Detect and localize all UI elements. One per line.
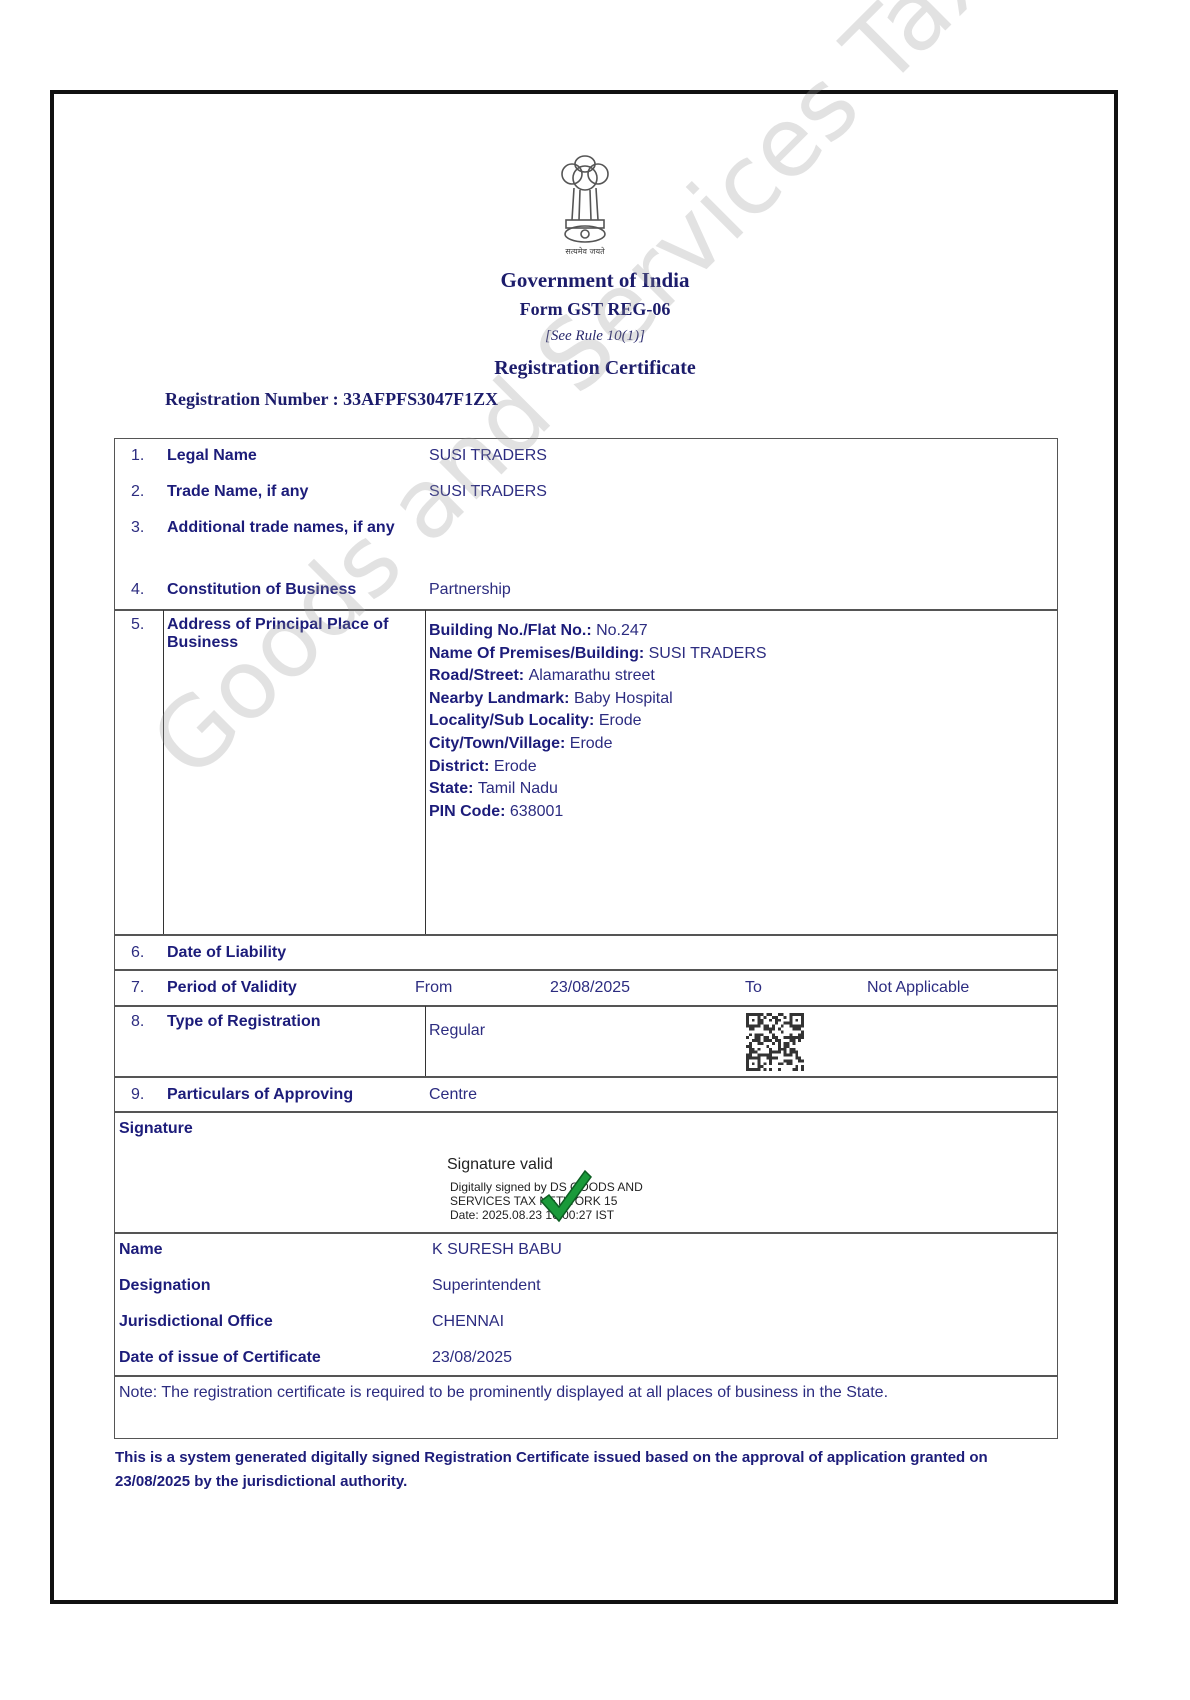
address-locality: Locality/Sub Locality: Erode bbox=[429, 710, 767, 733]
address-city: City/Town/Village: Erode bbox=[429, 733, 767, 756]
validity-label: Period of Validity bbox=[167, 979, 297, 997]
address-pin: PIN Code: 638001 bbox=[429, 801, 767, 824]
jurisdictional-office: CHENNAI bbox=[432, 1313, 504, 1331]
approving-label: Particulars of Approving bbox=[167, 1086, 353, 1104]
constitution-label: Constitution of Business bbox=[167, 581, 356, 599]
officer-name: K SURESH BABU bbox=[432, 1241, 562, 1259]
national-emblem-icon: सत्यमेव जयते bbox=[552, 150, 618, 258]
address-district: District: Erode bbox=[429, 756, 767, 779]
registration-type-row: 8. Type of Registration Regular bbox=[114, 1005, 1058, 1078]
address-state: State: Tamil Nadu bbox=[429, 778, 767, 801]
svg-text:सत्यमेव जयते: सत्यमेव जयते bbox=[565, 246, 605, 256]
legal-name-label: Legal Name bbox=[167, 447, 257, 465]
constitution-value: Partnership bbox=[429, 581, 511, 599]
validity-from: 23/08/2025 bbox=[550, 979, 630, 997]
address-block: 5. Address of Principal Place of Busines… bbox=[114, 609, 1058, 936]
signature-label: Signature bbox=[119, 1120, 193, 1138]
legal-name-value: SUSI TRADERS bbox=[429, 447, 547, 465]
note-block: Note: The registration certificate is re… bbox=[114, 1375, 1058, 1439]
qr-code-icon bbox=[745, 1013, 805, 1071]
approving-value: Centre bbox=[429, 1086, 477, 1104]
trade-name-label: Trade Name, if any bbox=[167, 483, 308, 501]
signature-valid-check-icon bbox=[535, 1165, 595, 1225]
address-premises: Name Of Premises/Building: SUSI TRADERS bbox=[429, 643, 767, 666]
note-text: Note: The registration certificate is re… bbox=[119, 1384, 888, 1402]
address-road: Road/Street: Alamarathu street bbox=[429, 665, 767, 688]
government-heading: Government of India bbox=[0, 268, 1190, 293]
address-landmark: Nearby Landmark: Baby Hospital bbox=[429, 688, 767, 711]
certificate-title: Registration Certificate bbox=[0, 357, 1190, 380]
approving-row: 9. Particulars of Approving Centre bbox=[114, 1076, 1058, 1113]
registration-type-label: Type of Registration bbox=[167, 1013, 321, 1031]
validity-to: Not Applicable bbox=[867, 979, 969, 997]
address-label: Address of Principal Place of Business bbox=[167, 616, 423, 652]
form-heading: Form GST REG-06 bbox=[0, 299, 1190, 320]
address-building: Building No./Flat No.: No.247 bbox=[429, 620, 767, 643]
liability-row: 6. Date of Liability bbox=[114, 934, 1058, 971]
footer-statement: This is a system generated digitally sig… bbox=[115, 1446, 1055, 1494]
address-fields: Building No./Flat No.: No.247 Name Of Pr… bbox=[429, 620, 767, 823]
liability-label: Date of Liability bbox=[167, 944, 286, 962]
trade-name-value: SUSI TRADERS bbox=[429, 483, 547, 501]
registration-type-value: Regular bbox=[429, 1022, 485, 1040]
issue-date: 23/08/2025 bbox=[432, 1349, 512, 1367]
validity-row: 7. Period of Validity From 23/08/2025 To… bbox=[114, 969, 1058, 1007]
registration-number: Registration Number : 33AFPFS3047F1ZX bbox=[165, 389, 498, 410]
officer-block: Name K SURESH BABU Designation Superinte… bbox=[114, 1232, 1058, 1377]
rule-reference: [See Rule 10(1)] bbox=[0, 328, 1190, 345]
officer-designation: Superintendent bbox=[432, 1277, 541, 1295]
additional-trade-names-label: Additional trade names, if any bbox=[167, 519, 407, 537]
basic-details-block: 1. Legal Name SUSI TRADERS 2. Trade Name… bbox=[114, 438, 1058, 611]
